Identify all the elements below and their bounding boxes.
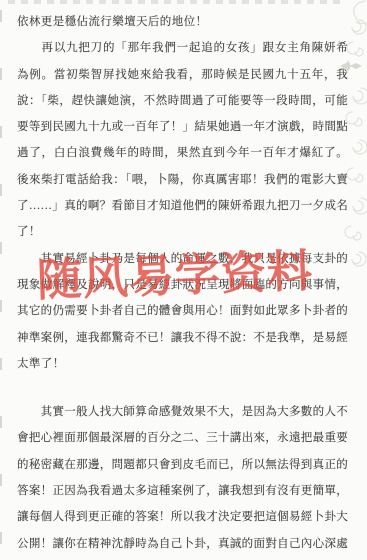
text-line: 了……」真的啊？看節目才知道他們的陳妍希跟九把刀一夕成名 — [17, 193, 348, 219]
text-line: 其實一般人找大師算命感覺效果不大，是因為大多數的人不 — [17, 399, 348, 425]
paragraph: 再以九把刀的「那年我們一起追的女孩」跟女主角陳妍希 為例。當初柴智屏找她來給我看… — [17, 35, 348, 245]
text-line: 的秘密藏在那邊，問題都只會到皮毛而已，所以無法得到真正的 — [17, 452, 348, 478]
text-line: 後來柴打電話給我：「喂，卜陽，你真厲害耶！我們的電影大賣 — [17, 167, 348, 193]
text-line: 答案！正因為我看過太多這種案例了，讓我想到有沒有更簡單， — [17, 478, 348, 504]
text-line: 其它的仍需要卜卦者自己的體會與用心！面對如此眾多卜卦者的 — [17, 298, 348, 324]
text-line: 為例。當初柴智屏找她來給我看，那時候是民國九十五年，我 — [17, 62, 348, 88]
paragraph-spacer — [17, 377, 348, 399]
text-line: 會把心裡面那個最深層的百分之二、三十講出來，永遠把最重要 — [17, 425, 348, 451]
text-line: 神準案例，連我都驚奇不已！讓我不得不說：不是我準，是易經 — [17, 325, 348, 351]
text-line: 太準了！ — [17, 351, 348, 377]
text-line: 說：「柴，趕快讓她演，不然時間過了可能要等一段時間，可能 — [17, 88, 348, 114]
text-line: 了！ — [17, 219, 348, 245]
text-line: 公開！讓你在精神沈靜時為自己卜卦，真誠的面對自己內心深處 — [17, 531, 348, 557]
paragraph: 依林更是穩佔流行樂壇天后的地位！ — [17, 9, 348, 35]
scan-edge-artifacts — [0, 10, 2, 550]
cropped-text-remnant — [8, 0, 345, 4]
body-text: 依林更是穩佔流行樂壇天后的地位！ 再以九把刀的「那年我們一起追的女孩」跟女主角陳… — [17, 9, 348, 557]
text-line: 現象做解釋及說明，只是易經卦狀況呈現將面臨的方向與事情， — [17, 272, 348, 298]
text-line: 要等到民國九十九或一百年了！」結果她過一年才演戲，時間點 — [17, 114, 348, 140]
text-line: 再以九把刀的「那年我們一起追的女孩」跟女主角陳妍希 — [17, 35, 348, 61]
text-line: 讓每個人得到更正確的答案！所以我才決定要把這個易經卜卦大 — [17, 504, 348, 530]
paragraph: 其實易經卜卦乃是每個人的命運之數，我只是依據每支卦的 現象做解釋及說明，只是易經… — [17, 246, 348, 377]
text-line: 依林更是穩佔流行樂壇天后的地位！ — [17, 9, 348, 35]
scanned-book-page: 依林更是穩佔流行樂壇天后的地位！ 再以九把刀的「那年我們一起追的女孩」跟女主角陳… — [0, 0, 367, 560]
text-line: 其實易經卜卦乃是每個人的命運之數，我只是依據每支卦的 — [17, 246, 348, 272]
text-line: 過了，白白浪費幾年的時間，果然直到今年一百年才爆紅了。 — [17, 140, 348, 166]
paragraph: 其實一般人找大師算命感覺效果不大，是因為大多數的人不 會把心裡面那個最深層的百分… — [17, 399, 348, 557]
